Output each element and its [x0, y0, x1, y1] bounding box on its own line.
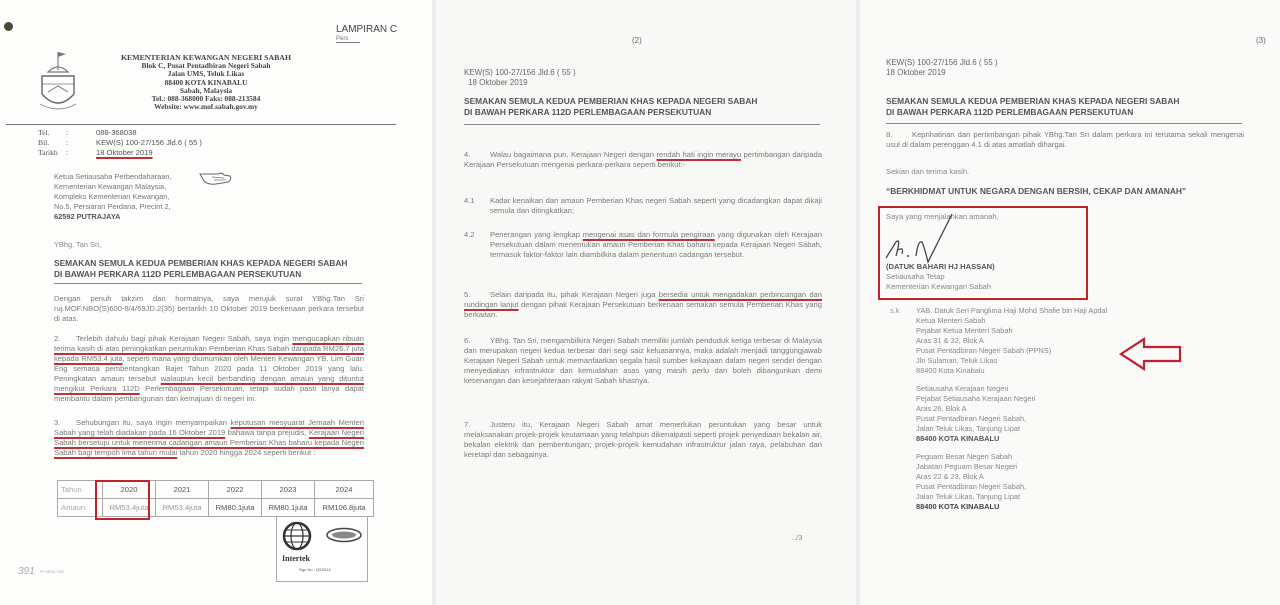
subject-line: SEMAKAN SEMULA KEDUA PEMBERIAN KHAS KEPA… — [464, 96, 824, 107]
pointing-hand-icon — [198, 168, 234, 188]
subject-line: SEMAKAN SEMULA KEDUA PEMBERIAN KHAS KEPA… — [54, 258, 364, 269]
form-code: PK MK/SU 009 — [40, 570, 64, 574]
paragraph-number: 2. — [54, 334, 76, 344]
paragraph-intro: Dengan penuh takzim dan hormatnya, saya … — [54, 294, 364, 324]
meta-reference: KEW(S) 100-27/156 Jld.6 ( 55 ) — [96, 138, 202, 148]
table-cell: RM80.1juta — [209, 499, 262, 517]
motto: “BERKHIDMAT UNTUK NEGARA DENGAN BERSIH, … — [886, 186, 1186, 196]
subject-heading: SEMAKAN SEMULA KEDUA PEMBERIAN KHAS KEPA… — [54, 258, 364, 279]
attachment-label: LAMPIRAN C — [336, 24, 397, 35]
letter-page-1: LAMPIRAN C Pers KEMENTERIAN KEWANGAN NEG… — [0, 0, 432, 605]
letter-page-2: (2) KEW(S) 100-27/156 Jld.6 ( 55 ) 18 Ok… — [436, 0, 856, 605]
cc-recipient: YAB. Datuk Seri Panglima Haji Mohd Shafi… — [916, 306, 1107, 376]
cc-line: Jln Sulaman, Teluk Likas — [916, 356, 1107, 366]
cc-line: Jabatan Peguam Besar Negeri — [916, 462, 1107, 472]
handwritten-mark: 391 — [18, 566, 35, 577]
recipient-line: Ketua Setiausaha Perbendaharaan, — [54, 172, 172, 182]
cc-line: Jalan Teluk Likas, Tanjung Lipat — [916, 492, 1107, 502]
text-span: Terlebih dahulu bagi pihak Kerajaan Nege… — [76, 334, 292, 343]
paragraph-number: 4. — [464, 150, 490, 160]
subject-heading: SEMAKAN SEMULA KEDUA PEMBERIAN KHAS KEPA… — [464, 96, 824, 117]
cc-label: s.k — [890, 306, 899, 315]
cc-line: 88400 KOTA KINABALU — [916, 434, 1107, 444]
cc-list: YAB. Datuk Seri Panglima Haji Mohd Shafi… — [916, 306, 1107, 512]
subject-line: DI BAWAH PERKARA 112D PERLEMBAGAAN PERSE… — [886, 107, 1266, 118]
cc-line: Jalan Teluk Likas, Tanjung Lipat — [916, 424, 1107, 434]
cc-line: Pusat Pentadbiran Negeri Sabah (PPNS) — [916, 346, 1107, 356]
cc-line: Aras 31 & 32, Blok A — [916, 336, 1107, 346]
paragraph-6: 6.YBhg. Tan Sri, mengambilkira Negeri Sa… — [464, 336, 822, 386]
certification-stamp: Intertek Rgn No : QS3314 — [276, 516, 368, 582]
paragraph-8: 8.Keprihatinan dan pertimbangan pihak YB… — [886, 130, 1244, 150]
sabah-crest-icon — [36, 48, 80, 118]
text-span: Walau bagaimana pun, Kerajaan Negeri den… — [490, 150, 656, 159]
paragraph-number: 8. — [886, 130, 912, 140]
cc-recipient: Peguam Besar Negeri Sabah Jabatan Peguam… — [916, 452, 1107, 512]
recipient-line: 62592 PUTRAJAYA — [54, 212, 172, 222]
text-span: YBhg. Tan Sri, mengambilkira Negeri Saba… — [464, 336, 822, 385]
table-cell: 2021 — [156, 481, 209, 499]
recipient-line: Kementerian Kewangan Malaysia, — [54, 182, 172, 192]
reference-number: KEW(S) 100-27/156 Jld.6 ( 55 ) — [464, 68, 576, 78]
subject-line: DI BAWAH PERKARA 112D PERLEMBAGAAN PERSE… — [464, 107, 824, 118]
left-arrow-annotation-icon — [1118, 336, 1184, 372]
table-cell: RM80.1juta — [262, 499, 315, 517]
letter-date: 18 Oktober 2019 — [886, 68, 998, 78]
cc-line: 88400 KOTA KINABALU — [916, 502, 1107, 512]
cc-line: YAB. Datuk Seri Panglima Haji Mohd Shafi… — [916, 306, 1107, 316]
cc-line: 88400 Kota Kinabalu — [916, 366, 1107, 376]
reference-block: KEW(S) 100-27/156 Jld.6 ( 55 ) 18 Oktobe… — [886, 58, 998, 78]
subject-line: DI BAWAH PERKARA 112D PERLEMBAGAAN PERSE… — [54, 269, 364, 280]
page-number: (3) — [1256, 36, 1266, 45]
paragraph-number: 5. — [464, 290, 490, 300]
signatory: (DATUK BAHARI HJ HASSAN) Setiausaha Teta… — [886, 262, 995, 292]
reference-number: KEW(S) 100-27/156 Jld.6 ( 55 ) — [886, 58, 998, 68]
cc-line: Pusat Pentadbiran Negeri Sabah, — [916, 482, 1107, 492]
subject-divider — [54, 283, 362, 284]
text-span: Penerangan yang lengkap — [490, 230, 583, 239]
paragraph-number: 4.1 — [464, 196, 490, 216]
cert-registration: Rgn No : QS3314 — [299, 567, 331, 572]
meta-phone: 088-368038 — [96, 128, 137, 138]
letter-page-3: (3) KEW(S) 100-27/156 Jld.6 ( 55 ) 18 Ok… — [860, 0, 1280, 605]
highlighted-text: mengenai asas dan formula pengiraan — [583, 230, 715, 239]
cc-line: Aras 26, Blok A — [916, 404, 1107, 414]
paragraph-3: 3.Sehubungan itu, saya ingin menyampaika… — [54, 418, 364, 458]
letterhead: KEMENTERIAN KEWANGAN NEGERI SABAH Blok C… — [90, 54, 322, 111]
text-span: Selain daripada itu, pihak Kerajaan Nege… — [490, 290, 659, 299]
paragraph-4: 4.Walau bagaimana pun, Kerajaan Negeri d… — [464, 150, 822, 170]
text-span: tahun 2020 hingga 2024 seperti berikut : — [177, 448, 315, 457]
cc-line: Ketua Menteri Sabah — [916, 316, 1107, 326]
highlight-box-2020 — [95, 480, 150, 520]
table-cell: RM106.8juta — [315, 499, 374, 517]
cc-line: Pejabat Ketua Menteri Sabah — [916, 326, 1107, 336]
recipient-line: No.5, Persiaran Perdana, Precint 2, — [54, 202, 172, 212]
meta-sep: : — [66, 148, 96, 158]
continuation-marker: ../3 — [792, 533, 802, 542]
paragraph-number: 6. — [464, 336, 490, 346]
reference-meta: Tel.:088-368038 Bil.:KEW(S) 100-27/156 J… — [38, 128, 202, 158]
text-span: Keprihatinan dan pertimbangan pihak YBhg… — [886, 130, 1244, 149]
paragraph-number: 4.2 — [464, 230, 490, 260]
table-cell: 2024 — [315, 481, 374, 499]
letterhead-line: Website: www.mof.sabah.gov.my — [90, 103, 322, 111]
signatory-name: (DATUK BAHARI HJ HASSAN) — [886, 262, 995, 272]
table-cell: 2022 — [209, 481, 262, 499]
table-cell: RM53.4juta — [156, 499, 209, 517]
reference-block: KEW(S) 100-27/156 Jld.6 ( 55 ) 18 Oktobe… — [464, 68, 576, 88]
paragraph-2: 2.Terlebih dahulu bagi pihak Kerajaan Ne… — [54, 334, 364, 404]
text-span: Justeru itu, Kerajaan Negeri Sabah amat … — [464, 420, 822, 459]
accreditation-logo-icon — [325, 527, 363, 543]
cc-line: Aras 22 & 23, Blok A — [916, 472, 1107, 482]
recipient-address: Ketua Setiausaha Perbendaharaan, Kemente… — [54, 172, 172, 222]
text-span: Sehubungan itu, saya ingin menyampaikan — [76, 418, 231, 427]
subject-divider — [464, 124, 820, 125]
cc-line: Peguam Besar Negeri Sabah — [916, 452, 1107, 462]
paragraph-5: 5.Selain daripada itu, pihak Kerajaan Ne… — [464, 290, 822, 320]
closing-line: Sekian dan terima kasih. — [886, 167, 969, 176]
cc-line: Pusat Pentadbiran Negeri Sabah, — [916, 414, 1107, 424]
signatory-org: Kementerian Kewangan Sabah — [886, 282, 995, 292]
text-span: Kadar kenaikan dan amaun Pemberian Khas … — [490, 196, 822, 216]
cert-brand: Intertek — [282, 554, 310, 563]
paragraph-7: 7.Justeru itu, Kerajaan Negeri Sabah ama… — [464, 420, 822, 460]
meta-label: Tel. — [38, 128, 66, 138]
subject-heading: SEMAKAN SEMULA KEDUA PEMBERIAN KHAS KEPA… — [886, 96, 1266, 117]
text-span: bahawa tanpa prejudis, — [225, 428, 309, 437]
cc-line: Pejabat Setiausaha Kerajaan Negeri — [916, 394, 1107, 404]
punch-hole-icon — [4, 22, 13, 31]
paragraph-4-1: 4.1Kadar kenaikan dan amaun Pemberian Kh… — [464, 196, 822, 216]
paragraph-4-2: 4.2 Penerangan yang lengkap mengenai asa… — [464, 230, 822, 260]
meta-label: Tarikh — [38, 148, 66, 158]
meta-date: 18 Oktober 2019 — [96, 148, 153, 158]
table-cell: 2023 — [262, 481, 315, 499]
meta-label: Bil. — [38, 138, 66, 148]
signatory-title: Setiausaha Tetap — [886, 272, 995, 282]
subject-line: SEMAKAN SEMULA KEDUA PEMBERIAN KHAS KEPA… — [886, 96, 1266, 107]
letterhead-divider — [6, 124, 396, 125]
meta-sep: : — [66, 138, 96, 148]
paragraph-number: 7. — [464, 420, 490, 430]
page-number: (2) — [632, 36, 642, 45]
subject-divider — [886, 123, 1242, 124]
letter-date: 18 Oktober 2019 — [464, 78, 576, 88]
salutation: YBhg. Tan Sri, — [54, 240, 101, 249]
highlighted-text: rendah hati ingin merayu — [656, 150, 741, 159]
recipient-line: Kompleks Kementerian Kewangan, — [54, 192, 172, 202]
paragraph-number: 3. — [54, 418, 76, 428]
cc-recipient: Setiausaha Kerajaan Negeri Pejabat Setia… — [916, 384, 1107, 444]
globe-icon — [282, 521, 312, 551]
meta-sep: : — [66, 128, 96, 138]
attachment-note: Pers — [336, 36, 360, 43]
cc-line: Setiausaha Kerajaan Negeri — [916, 384, 1107, 394]
text-span: dengan pihak Kerajaan Persekutuan berken… — [464, 300, 822, 319]
